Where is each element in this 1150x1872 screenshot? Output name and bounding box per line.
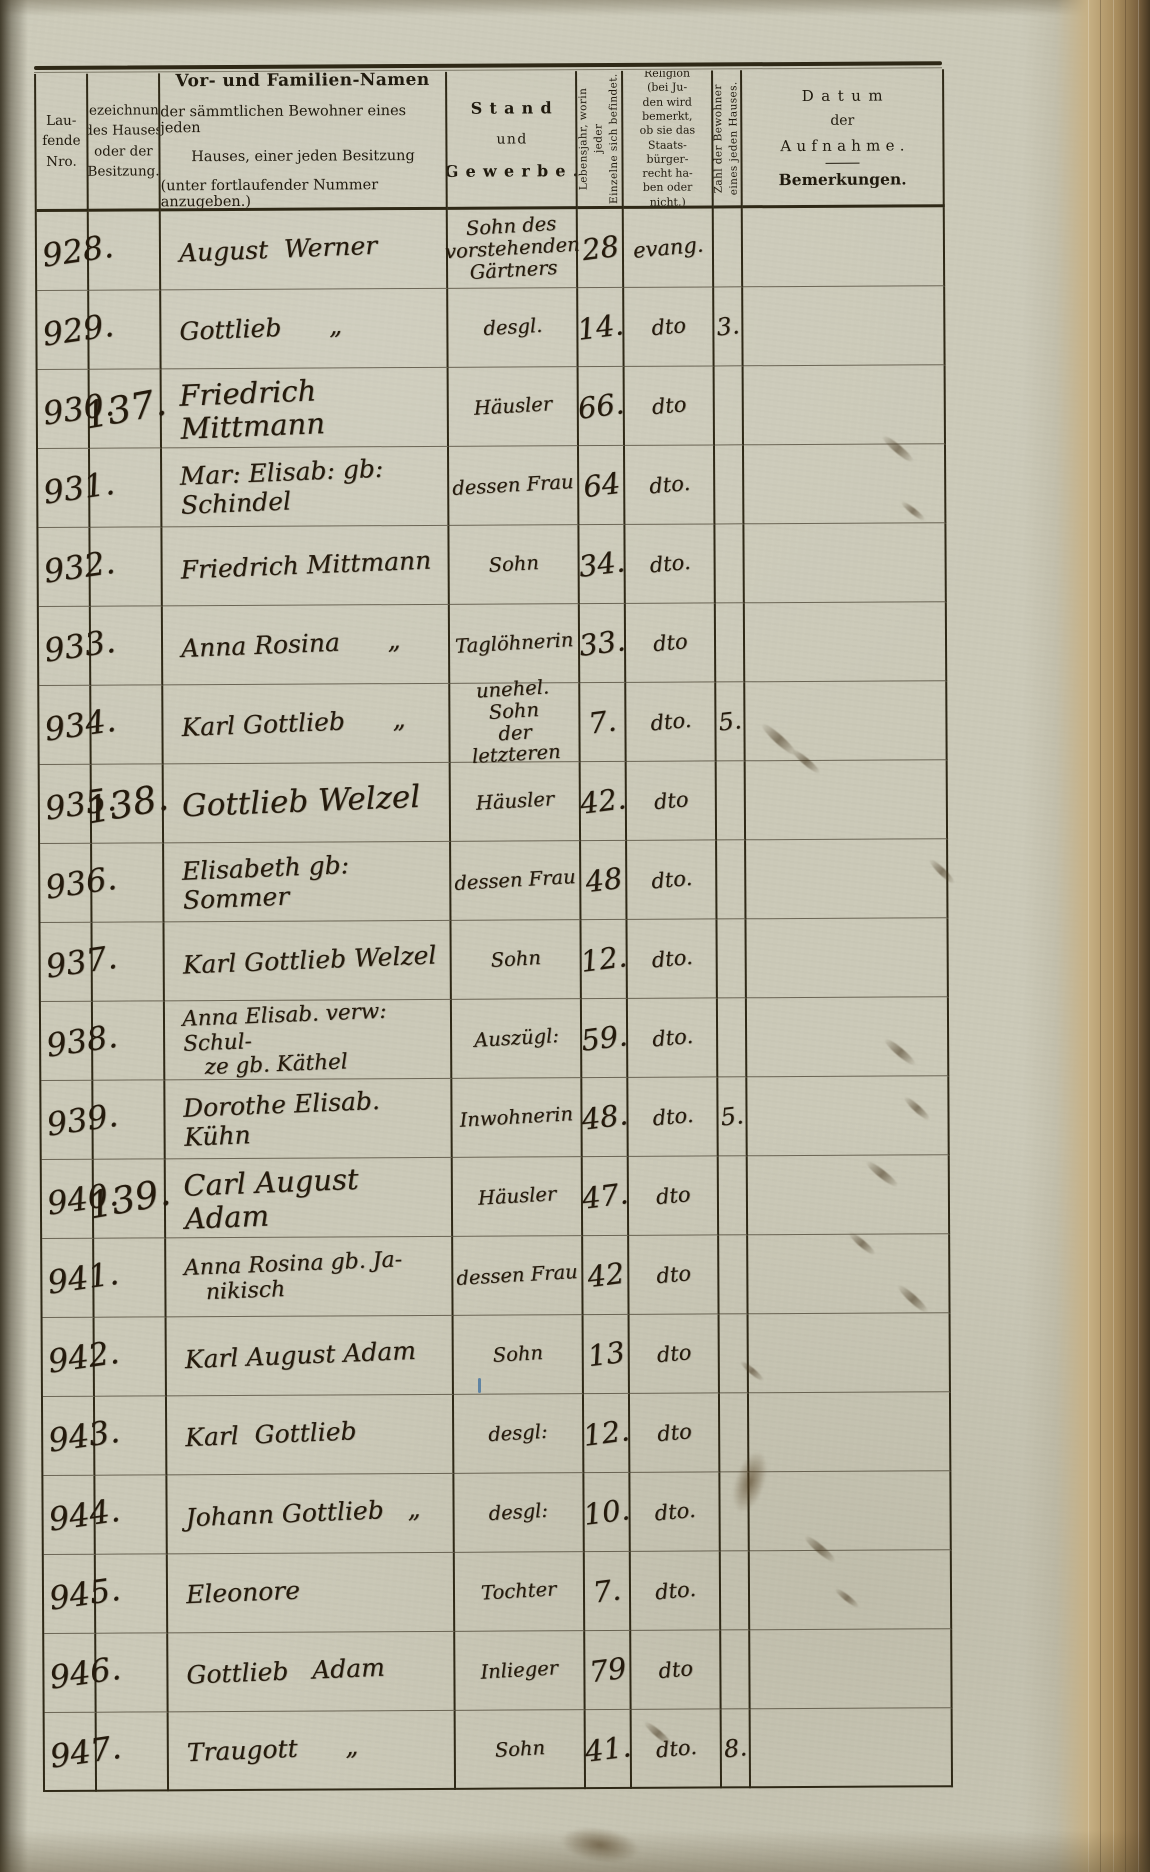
- table-grid: Lau- fende Nro. Bezeichnung des Hauses o…: [34, 69, 951, 1792]
- cell-count: [717, 761, 746, 840]
- cell-name: Friedrich Mittmann: [162, 368, 449, 449]
- age-handwriting: 66.: [576, 386, 626, 426]
- age-handwriting: 7.: [587, 703, 619, 740]
- stand-handwriting: Auszügl:: [473, 1025, 559, 1052]
- cell-count: 8.: [722, 1709, 751, 1788]
- header-text: Lau- fende Nro.: [42, 111, 81, 172]
- name-handwriting: Karl August Adam: [184, 1337, 416, 1375]
- column-header-religion: Religion (bei Ju- den wird bemerkt, ob s…: [623, 70, 714, 208]
- cell-rel: dto.: [631, 1551, 721, 1630]
- age-handwriting: 48: [583, 861, 624, 899]
- cell-note: [746, 918, 948, 998]
- age-handwriting: 34.: [577, 544, 627, 584]
- cell-stand: Sohn: [456, 1710, 586, 1790]
- cell-age: 41.: [586, 1710, 632, 1789]
- cell-note: [750, 1550, 952, 1630]
- cell-note: [749, 1392, 951, 1472]
- age-handwriting: 64: [581, 466, 622, 504]
- header-line: der: [830, 112, 854, 128]
- cell-house: 139.: [94, 1159, 166, 1238]
- stand-handwriting: desgl:: [488, 1421, 548, 1446]
- cell-count: [715, 445, 744, 524]
- header-line: Bemerkungen.: [779, 169, 907, 189]
- cell-nro: 938.: [41, 1002, 93, 1081]
- column-header-laufende-nro: Lau- fende Nro.: [36, 74, 89, 212]
- cell-count: 5.: [718, 1077, 747, 1156]
- cell-count: 3.: [714, 287, 743, 366]
- cell-rel: dto: [624, 287, 714, 366]
- count-handwriting: 5.: [717, 706, 743, 736]
- cell-name: Dorothe Elisab. Kühn: [165, 1079, 452, 1160]
- cell-rel: dto.: [630, 1472, 720, 1551]
- cell-name: Anna Elisab. verw: Schul- ze gb. Käthel: [165, 1000, 452, 1081]
- count-handwriting: 8.: [722, 1733, 748, 1763]
- cell-name: Karl Gottlieb „: [163, 684, 450, 765]
- page-stack-edge: [1022, 0, 1150, 1872]
- cell-rel: dto: [625, 366, 715, 445]
- name-handwriting: Karl Gottlieb: [185, 1417, 357, 1453]
- cell-nro: 936.: [40, 844, 92, 923]
- age-handwriting: 42.: [578, 781, 628, 821]
- cell-count: 5.: [716, 682, 745, 761]
- rel-handwriting: dto: [650, 313, 687, 340]
- header-vertical-text: Lebensjahr, worin jeder Einzelne sich be…: [577, 71, 623, 206]
- cell-stand: Inwohnerin: [452, 1078, 582, 1158]
- age-handwriting: 14.: [575, 307, 625, 347]
- rel-handwriting: dto: [655, 1182, 692, 1209]
- cell-note: [750, 1629, 952, 1709]
- name-handwriting: Karl Gottlieb Welzel: [182, 941, 437, 980]
- age-handwriting: 33.: [577, 623, 627, 663]
- rel-handwriting: dto.: [653, 1498, 696, 1526]
- cell-nro: 928.: [37, 212, 89, 291]
- rel-handwriting: evang.: [632, 232, 704, 262]
- cell-rel: dto: [630, 1393, 720, 1472]
- cell-name: Gottlieb Welzel: [164, 763, 451, 844]
- name-handwriting: Karl Gottlieb „: [181, 705, 406, 743]
- cell-stand: desgl:: [454, 1394, 584, 1474]
- header-vertical-text: Zahl der Bewohner eines jeden Hauses.: [713, 81, 742, 195]
- cell-stand: Auszügl:: [452, 999, 582, 1079]
- cell-rel: dto: [631, 1630, 721, 1709]
- cell-note: [744, 365, 946, 445]
- cell-count: [720, 1314, 749, 1393]
- top-edge-shadow: [0, 0, 1150, 16]
- header-line: Gewerbe.: [447, 161, 578, 181]
- cell-nro: 944.: [43, 1476, 95, 1555]
- cell-note: [745, 681, 947, 761]
- stand-handwriting: Häusler: [475, 788, 554, 814]
- cell-nro: 939.: [41, 1081, 93, 1160]
- cell-count: [717, 840, 746, 919]
- binding-gutter-shadow: [0, 0, 28, 1872]
- cell-nro: 945.: [44, 1555, 96, 1634]
- cell-age: 34.: [579, 525, 625, 604]
- scanned-register-page: Lau- fende Nro. Bezeichnung des Hauses o…: [0, 0, 1150, 1872]
- rel-handwriting: dto: [655, 1261, 692, 1288]
- cell-stand: Sohn: [454, 1315, 584, 1395]
- stand-handwriting: Tochter: [481, 1578, 558, 1604]
- header-divider: [826, 162, 860, 163]
- cell-rel: dto.: [627, 919, 717, 998]
- age-handwriting: 47.: [580, 1176, 630, 1216]
- cell-rel: dto.: [625, 445, 715, 524]
- cell-house: 138.: [92, 764, 164, 843]
- cell-stand: Sohn: [451, 920, 581, 1000]
- cell-note: [744, 523, 946, 603]
- rel-handwriting: dto.: [648, 471, 691, 499]
- rel-handwriting: dto.: [649, 708, 692, 736]
- cell-age: 66.: [579, 367, 625, 446]
- column-header-bezeichnung-haus: Bezeichnung des Hauses oder der Besitzun…: [88, 73, 161, 211]
- rel-handwriting: dto.: [648, 550, 691, 578]
- cell-name: Anna Rosina „: [163, 605, 450, 686]
- cell-nro: 946.: [44, 1634, 96, 1713]
- cell-age: 14.: [578, 288, 624, 367]
- cell-count: [717, 919, 746, 998]
- cell-nro: 940.: [42, 1160, 94, 1239]
- stand-handwriting: Sohn: [492, 1342, 543, 1367]
- cell-note: [749, 1313, 951, 1393]
- name-handwriting: Anna Elisab. verw: Schul- ze gb. Käthel: [182, 997, 452, 1082]
- cell-age: 79: [585, 1631, 631, 1710]
- cell-rel: dto: [627, 761, 717, 840]
- cell-nro: 943.: [43, 1397, 95, 1476]
- cell-count: [716, 603, 745, 682]
- age-handwriting: 41.: [583, 1729, 633, 1769]
- stand-handwriting: Inlieger: [480, 1657, 559, 1683]
- name-handwriting: Eleonore: [185, 1576, 300, 1609]
- cell-note: [743, 286, 945, 366]
- cell-rel: dto.: [627, 840, 717, 919]
- cell-nro: 947.: [45, 1713, 97, 1792]
- cell-age: 64: [579, 446, 625, 525]
- rel-handwriting: dto.: [651, 1024, 694, 1052]
- cell-rel: evang.: [624, 208, 714, 287]
- cell-nro: 941.: [42, 1239, 94, 1318]
- column-header-lebensjahr: Lebensjahr, worin jeder Einzelne sich be…: [577, 71, 624, 209]
- cell-stand: Häusler: [451, 762, 581, 842]
- cell-name: Eleonore: [168, 1553, 455, 1634]
- cell-rel: dto: [629, 1156, 719, 1235]
- cell-rel: dto.: [628, 1077, 718, 1156]
- cell-rel: dto.: [625, 524, 715, 603]
- cell-stand: Sohn des vorstehenden Gärtners: [448, 209, 578, 289]
- cell-name: August Werner: [161, 210, 448, 291]
- name-handwriting: Gottlieb „: [179, 311, 343, 346]
- cell-note: [743, 207, 945, 287]
- cell-nro: 932.: [38, 528, 90, 607]
- header-line: Stand: [464, 98, 559, 117]
- header-title: Vor- und Familien-Namen: [175, 72, 429, 91]
- header-line: Datum: [794, 86, 890, 105]
- cell-name: Karl August Adam: [167, 1316, 454, 1397]
- name-handwriting: Johann Gottlieb „: [185, 1495, 421, 1533]
- header-subline: der sämmtlichen Bewohner eines jeden: [160, 103, 445, 136]
- cell-name: Carl August Adam: [166, 1158, 453, 1239]
- age-handwriting: 12.: [579, 939, 629, 979]
- age-handwriting: 10.: [582, 1492, 632, 1532]
- name-handwriting: Gottlieb Adam: [186, 1653, 385, 1690]
- name-handwriting: August Werner: [178, 231, 377, 268]
- cell-age: 42: [583, 1236, 629, 1315]
- stand-handwriting: desgl.: [482, 315, 542, 340]
- rel-handwriting: dto: [656, 1419, 693, 1446]
- rel-handwriting: dto: [657, 1656, 694, 1683]
- age-handwriting: 7.: [591, 1572, 623, 1609]
- cell-rel: dto.: [628, 998, 718, 1077]
- cell-note: [747, 1076, 949, 1156]
- cell-age: 48.: [582, 1078, 628, 1157]
- cell-name: Elisabeth gb: Sommer: [164, 842, 451, 923]
- cell-count: [721, 1551, 750, 1630]
- cell-name: Johann Gottlieb „: [167, 1474, 454, 1555]
- cell-stand: desgl:: [454, 1473, 584, 1553]
- cell-name: Karl Gottlieb Welzel: [164, 921, 451, 1002]
- stand-handwriting: dessen Frau: [452, 471, 574, 500]
- count-handwriting: 5.: [719, 1101, 745, 1131]
- stand-handwriting: Sohn des vorstehenden Gärtners: [443, 212, 581, 285]
- cell-count: [721, 1630, 750, 1709]
- cell-stand: dessen Frau: [449, 446, 579, 526]
- rel-handwriting: dto.: [650, 866, 693, 894]
- age-handwriting: 28: [579, 229, 620, 267]
- cell-rel: dto: [626, 603, 716, 682]
- cell-rel: dto: [629, 1235, 719, 1314]
- stand-handwriting: Sohn: [494, 1737, 545, 1762]
- cell-note: [745, 602, 947, 682]
- cell-note: [747, 997, 949, 1077]
- cell-house: 137.: [90, 369, 162, 448]
- column-header-datum-bemerkungen: Datum der Aufnahme. Bemerkungen.: [742, 69, 945, 208]
- rel-handwriting: dto: [652, 629, 689, 656]
- cell-stand: Sohn: [449, 525, 579, 605]
- cell-note: [746, 839, 948, 919]
- header-subline: (unter fortlaufender Nummer anzugeben.): [161, 177, 446, 210]
- stand-handwriting: dessen Frau: [456, 1261, 578, 1290]
- cell-note: [751, 1708, 953, 1788]
- rel-handwriting: dto: [650, 392, 687, 419]
- cell-nro: 930.: [38, 370, 90, 449]
- cell-count: [719, 1156, 748, 1235]
- name-handwriting: Gottlieb Welzel: [181, 780, 421, 825]
- stand-handwriting: desgl:: [488, 1500, 548, 1525]
- age-handwriting: 59.: [579, 1018, 629, 1058]
- cell-age: 10.: [584, 1473, 630, 1552]
- cell-name: Karl Gottlieb: [167, 1395, 454, 1476]
- cell-age: 7.: [585, 1552, 631, 1631]
- header-subline: Hauses, einer jeden Besitzung: [191, 148, 415, 165]
- stand-handwriting: Sohn: [488, 552, 539, 577]
- cell-name: Mar: Elisab: gb: Schindel: [162, 447, 449, 528]
- name-handwriting: Traugott „: [186, 1732, 358, 1768]
- rel-handwriting: dto: [653, 787, 690, 814]
- cell-stand: dessen Frau: [451, 841, 581, 921]
- cell-name: Gottlieb Adam: [168, 1632, 455, 1713]
- cell-age: 48: [581, 841, 627, 920]
- cell-age: 12.: [581, 920, 627, 999]
- name-handwriting: Anna Rosina gb. Ja- nikisch: [183, 1247, 403, 1306]
- cell-stand: Inlieger: [455, 1631, 585, 1711]
- name-handwriting: Anna Rosina „: [181, 626, 401, 664]
- cell-age: 33.: [580, 604, 626, 683]
- cell-rel: dto: [630, 1314, 720, 1393]
- header-text: Bezeichnung des Hauses oder der Besitzun…: [88, 100, 161, 181]
- column-header-stand-gewerbe: Stand und Gewerbe.: [447, 71, 578, 210]
- column-header-zahl-bewohner: Zahl der Bewohner eines jeden Hauses.: [713, 70, 743, 208]
- cell-age: 7.: [580, 683, 626, 762]
- cell-count: [714, 208, 743, 287]
- cell-stand: Tochter: [455, 1552, 585, 1632]
- age-handwriting: 48.: [579, 1097, 629, 1137]
- cell-rel: dto.: [626, 682, 716, 761]
- header-line: und: [495, 131, 528, 147]
- stand-handwriting: Taglöhnerin: [454, 629, 573, 658]
- cell-age: 47.: [583, 1157, 629, 1236]
- bottom-edge-shadow: [0, 1830, 1150, 1872]
- age-handwriting: 42: [585, 1256, 626, 1294]
- column-header-namen: Vor- und Familien-Namen der sämmtlichen …: [160, 72, 448, 212]
- cell-nro: 935.: [40, 765, 92, 844]
- cell-nro: 934.: [39, 686, 91, 765]
- name-handwriting: Carl August Adam: [183, 1159, 452, 1236]
- stand-handwriting: Sohn: [490, 947, 541, 972]
- cell-count: [718, 998, 747, 1077]
- cell-name: Friedrich Mittmann: [162, 526, 449, 607]
- cell-name: Traugott „: [169, 1711, 456, 1792]
- cell-stand: unehel. Sohn der letzteren: [450, 683, 580, 763]
- name-handwriting: Mar: Elisab: gb: Schindel: [179, 452, 448, 520]
- cell-nro: 933.: [39, 607, 91, 686]
- stand-handwriting: Häusler: [473, 393, 552, 419]
- name-handwriting: Friedrich Mittmann: [179, 369, 448, 446]
- register-table: Lau- fende Nro. Bezeichnung des Hauses o…: [34, 61, 951, 1792]
- rel-handwriting: dto: [655, 1340, 692, 1367]
- cell-stand: dessen Frau: [453, 1236, 583, 1316]
- stand-handwriting: Inwohnerin: [459, 1103, 574, 1131]
- cell-note: [748, 1155, 950, 1235]
- name-handwriting: Dorothe Elisab. Kühn: [182, 1084, 451, 1152]
- name-handwriting: Elisabeth gb: Sommer: [181, 847, 450, 915]
- cell-stand: Häusler: [453, 1157, 583, 1237]
- stand-handwriting: dessen Frau: [454, 866, 576, 895]
- cell-nro: 937.: [40, 923, 92, 1002]
- cell-age: 12.: [584, 1394, 630, 1473]
- cell-age: 13: [584, 1315, 630, 1394]
- rel-handwriting: dto.: [654, 1577, 697, 1605]
- cell-name: Gottlieb „: [161, 289, 448, 370]
- cell-stand: desgl.: [448, 288, 578, 368]
- cell-age: 28: [578, 209, 624, 288]
- rel-handwriting: dto.: [651, 1103, 694, 1131]
- age-handwriting: 12.: [581, 1413, 631, 1453]
- cell-count: [715, 366, 744, 445]
- cell-note: [746, 760, 948, 840]
- age-handwriting: 79: [587, 1651, 628, 1689]
- stand-handwriting: Häusler: [477, 1183, 556, 1209]
- count-handwriting: 3.: [715, 311, 741, 341]
- cell-count: [719, 1235, 748, 1314]
- header-text: Religion (bei Ju- den wird bemerkt, ob s…: [639, 70, 695, 208]
- cell-name: Anna Rosina gb. Ja- nikisch: [166, 1237, 453, 1318]
- header-line: Aufnahme.: [775, 136, 910, 155]
- rel-handwriting: dto.: [650, 945, 693, 973]
- cell-nro: 929.: [37, 291, 89, 370]
- cell-count: [715, 524, 744, 603]
- cell-age: 42.: [581, 762, 627, 841]
- cell-stand: Häusler: [449, 367, 579, 447]
- cell-note: [749, 1471, 951, 1551]
- cell-nro: 942.: [43, 1318, 95, 1397]
- age-handwriting: 13: [585, 1335, 626, 1373]
- stand-handwriting: unehel. Sohn der letzteren: [448, 675, 581, 770]
- name-handwriting: Friedrich Mittmann: [180, 546, 432, 585]
- cell-stand: Taglöhnerin: [450, 604, 580, 684]
- cell-age: 59.: [582, 999, 628, 1078]
- blue-pencil-mark: [478, 1378, 481, 1393]
- cell-nro: 931.: [38, 449, 90, 528]
